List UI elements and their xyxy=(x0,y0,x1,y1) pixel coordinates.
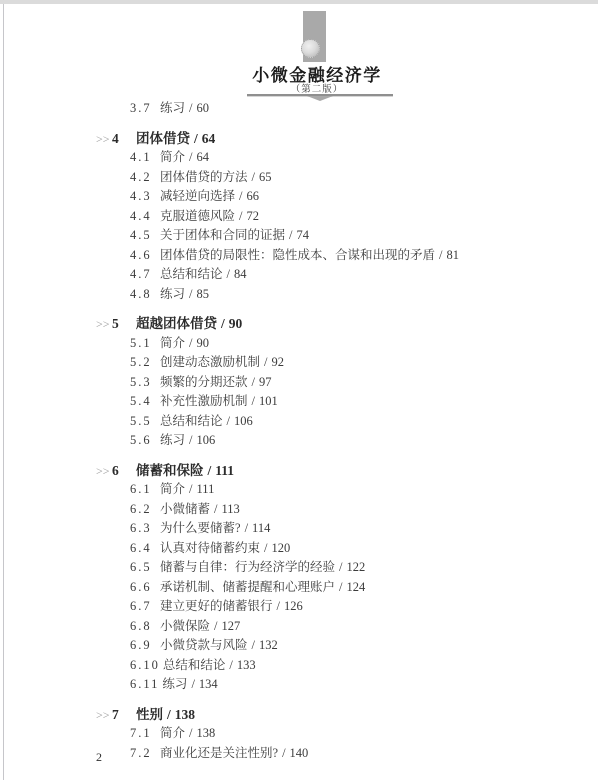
separator: / xyxy=(214,619,217,633)
chapter-page: 90 xyxy=(229,316,243,331)
entry-number: 5.3 xyxy=(130,373,157,393)
entry-title: 简介 xyxy=(160,336,185,350)
toc-chapter-row: >>4团体借贷/64 xyxy=(0,129,598,149)
toc-entry-row: 4.8练习/85 xyxy=(0,285,598,305)
entry-page: 90 xyxy=(197,336,210,350)
entry-page: 64 xyxy=(197,150,210,164)
separator: / xyxy=(289,228,292,242)
entry-number: 7.1 xyxy=(130,724,157,744)
separator: / xyxy=(252,394,255,408)
separator: / xyxy=(277,599,280,613)
toc-entry-row: 5.6练习/106 xyxy=(0,431,598,451)
chapter-page: 64 xyxy=(202,131,216,146)
entry-number: 4.5 xyxy=(130,226,157,246)
toc-entry-row: 5.1简介/90 xyxy=(0,334,598,354)
entry-page: 133 xyxy=(237,658,256,672)
chapter-number: 7 xyxy=(112,705,132,725)
toc-chapter-row: >>5超越团体借贷/90 xyxy=(0,314,598,334)
separator: / xyxy=(189,336,192,350)
entry-title: 关于团体和合同的证据 xyxy=(160,228,285,242)
entry-title: 小微贷款与风险 xyxy=(160,638,248,652)
entry-number: 4.1 xyxy=(130,148,157,168)
entry-page: 132 xyxy=(259,638,278,652)
entry-number: 5.4 xyxy=(130,392,157,412)
entry-number: 6.1 xyxy=(130,480,157,500)
entry-page: 65 xyxy=(259,170,272,184)
entry-page: 72 xyxy=(247,209,260,223)
chapter-title: 储蓄和保险 xyxy=(136,463,204,478)
entry-page: 84 xyxy=(234,267,247,281)
entry-title: 练习 xyxy=(160,101,185,115)
entry-page: 138 xyxy=(197,726,216,740)
toc-entry-row: 6.1简介/111 xyxy=(0,480,598,500)
chapter-marker-icon: >> xyxy=(96,462,112,482)
page-number: 2 xyxy=(96,750,102,765)
separator: / xyxy=(264,355,267,369)
separator: / xyxy=(282,746,285,760)
entry-number: 5.6 xyxy=(130,431,157,451)
separator: / xyxy=(239,209,242,223)
separator: / xyxy=(339,580,342,594)
entry-number: 4.7 xyxy=(130,265,157,285)
separator: / xyxy=(189,726,192,740)
separator: / xyxy=(214,502,217,516)
chapter-number: 4 xyxy=(112,129,132,149)
toc-entry-row: 7.1简介/138 xyxy=(0,724,598,744)
entry-page: 111 xyxy=(197,482,215,496)
entry-number: 4.4 xyxy=(130,207,157,227)
entry-title: 克服道德风险 xyxy=(160,209,235,223)
entry-page: 92 xyxy=(272,355,285,369)
entry-page: 60 xyxy=(197,101,210,115)
toc-entry-row: 6.9小微贷款与风险/132 xyxy=(0,636,598,656)
toc-entry-row: 6.6承诺机制、储蓄提醒和心理账户/124 xyxy=(0,578,598,598)
toc-entry-row: 3.7练习/60 xyxy=(0,99,598,119)
toc-entry-row: 4.4克服道德风险/72 xyxy=(0,207,598,227)
toc-entry-row: 5.4补充性激励机制/101 xyxy=(0,392,598,412)
separator: / xyxy=(339,560,342,574)
entry-title: 总结和结论 xyxy=(163,658,226,672)
entry-title: 为什么要储蓄? xyxy=(160,521,241,535)
toc-chapter-row: >>7性别/138 xyxy=(0,705,598,725)
entry-page: 106 xyxy=(234,414,253,428)
toc-entry-row: 4.1简介/64 xyxy=(0,148,598,168)
chapter-title: 性别 xyxy=(136,707,163,722)
entry-page: 134 xyxy=(199,677,218,691)
separator: / xyxy=(264,541,267,555)
publisher-seal-icon xyxy=(301,39,320,58)
entry-title: 建立更好的储蓄银行 xyxy=(160,599,273,613)
entry-page: 66 xyxy=(247,189,260,203)
entry-title: 总结和结论 xyxy=(160,414,223,428)
entry-title: 小微保险 xyxy=(160,619,210,633)
toc-entry-row: 6.10总结和结论/133 xyxy=(0,656,598,676)
separator: / xyxy=(189,150,192,164)
separator: / xyxy=(239,189,242,203)
entry-number: 5.1 xyxy=(130,334,157,354)
entry-page: 74 xyxy=(297,228,310,242)
entry-number: 6.8 xyxy=(130,617,157,637)
entry-title: 练习 xyxy=(162,677,187,691)
separator: / xyxy=(245,521,248,535)
chapter-number: 6 xyxy=(112,461,132,481)
entry-page: 114 xyxy=(252,521,270,535)
toc-entry-row: 4.2团体借贷的方法/65 xyxy=(0,168,598,188)
toc-entry-row: 6.2小微储蓄/113 xyxy=(0,500,598,520)
entry-number: 5.5 xyxy=(130,412,157,432)
toc-entry-row: 6.7建立更好的储蓄银行/126 xyxy=(0,597,598,617)
entry-title: 练习 xyxy=(160,287,185,301)
separator: / xyxy=(189,287,192,301)
book-page: 小微金融经济学 （第二版） 3.7练习/60>>4团体借贷/644.1简介/64… xyxy=(0,0,598,780)
toc-entry-row: 6.3为什么要储蓄?/114 xyxy=(0,519,598,539)
entry-title: 频繁的分期还款 xyxy=(160,375,248,389)
separator: / xyxy=(221,316,225,331)
chapter-page: 111 xyxy=(215,463,234,478)
entry-page: 81 xyxy=(447,248,460,262)
entry-number: 5.2 xyxy=(130,353,157,373)
entry-title: 减轻逆向选择 xyxy=(160,189,235,203)
entry-number: 6.10 xyxy=(130,656,160,676)
separator: / xyxy=(227,414,230,428)
chapter-title: 超越团体借贷 xyxy=(136,316,217,331)
separator: / xyxy=(194,131,198,146)
separator: / xyxy=(252,638,255,652)
entry-page: 85 xyxy=(197,287,210,301)
entry-title: 承诺机制、储蓄提醒和心理账户 xyxy=(160,580,335,594)
book-edition: （第二版） xyxy=(197,81,437,95)
entry-title: 练习 xyxy=(160,433,185,447)
entry-number: 6.7 xyxy=(130,597,157,617)
toc-entry-row: 6.11练习/134 xyxy=(0,675,598,695)
chapter-marker-icon: >> xyxy=(96,315,112,335)
toc-entry-row: 6.5储蓄与自律：行为经济学的经验/122 xyxy=(0,558,598,578)
entry-number: 4.6 xyxy=(130,246,157,266)
entry-title: 简介 xyxy=(160,150,185,164)
entry-number: 6.9 xyxy=(130,636,157,656)
toc-chapter-row: >>6储蓄和保险/111 xyxy=(0,461,598,481)
table-of-contents: 3.7练习/60>>4团体借贷/644.1简介/644.2团体借贷的方法/654… xyxy=(0,99,598,763)
chapter-page: 138 xyxy=(175,707,195,722)
entry-title: 创建动态激励机制 xyxy=(160,355,260,369)
entry-number: 6.4 xyxy=(130,539,157,559)
entry-number: 4.8 xyxy=(130,285,157,305)
entry-page: 124 xyxy=(347,580,366,594)
toc-entry-row: 6.4认真对待储蓄约束/120 xyxy=(0,539,598,559)
header-bar xyxy=(303,11,326,62)
entry-number: 6.5 xyxy=(130,558,157,578)
entry-page: 127 xyxy=(222,619,241,633)
separator: / xyxy=(189,482,192,496)
chapter-number: 5 xyxy=(112,314,132,334)
entry-title: 总结和结论 xyxy=(160,267,223,281)
entry-page: 97 xyxy=(259,375,272,389)
entry-page: 106 xyxy=(197,433,216,447)
separator: / xyxy=(252,170,255,184)
entry-number: 7.2 xyxy=(130,744,157,764)
toc-entry-row: 4.5关于团体和合同的证据/74 xyxy=(0,226,598,246)
entry-number: 4.2 xyxy=(130,168,157,188)
separator: / xyxy=(191,677,194,691)
entry-number: 3.7 xyxy=(130,99,157,119)
chapter-marker-icon: >> xyxy=(96,706,112,726)
header-rule xyxy=(247,94,393,96)
toc-entry-row: 4.7总结和结论/84 xyxy=(0,265,598,285)
entry-title: 补充性激励机制 xyxy=(160,394,248,408)
entry-title: 认真对待储蓄约束 xyxy=(160,541,260,555)
entry-page: 126 xyxy=(284,599,303,613)
separator: / xyxy=(208,463,212,478)
chapter-title: 团体借贷 xyxy=(136,131,190,146)
separator: / xyxy=(229,658,232,672)
entry-title: 储蓄与自律：行为经济学的经验 xyxy=(160,560,335,574)
entry-page: 120 xyxy=(272,541,291,555)
page-top-edge xyxy=(0,0,598,4)
entry-page: 140 xyxy=(290,746,309,760)
entry-number: 6.11 xyxy=(130,675,159,695)
entry-title: 小微储蓄 xyxy=(160,502,210,516)
toc-entry-row: 5.5总结和结论/106 xyxy=(0,412,598,432)
toc-entry-row: 4.6团体借贷的局限性：隐性成本、合谋和出现的矛盾/81 xyxy=(0,246,598,266)
entry-number: 6.2 xyxy=(130,500,157,520)
toc-entry-row: 5.2创建动态激励机制/92 xyxy=(0,353,598,373)
entry-title: 商业化还是关注性别? xyxy=(160,746,278,760)
entry-title: 简介 xyxy=(160,482,185,496)
separator: / xyxy=(439,248,442,262)
entry-number: 6.6 xyxy=(130,578,157,598)
toc-entry-row: 7.2商业化还是关注性别?/140 xyxy=(0,744,598,764)
separator: / xyxy=(189,101,192,115)
toc-entry-row: 4.3减轻逆向选择/66 xyxy=(0,187,598,207)
chapter-marker-icon: >> xyxy=(96,130,112,150)
separator: / xyxy=(167,707,171,722)
separator: / xyxy=(252,375,255,389)
entry-page: 101 xyxy=(259,394,278,408)
separator: / xyxy=(227,267,230,281)
entry-page: 122 xyxy=(347,560,366,574)
entry-page: 113 xyxy=(222,502,240,516)
entry-number: 4.3 xyxy=(130,187,157,207)
entry-title: 团体借贷的局限性：隐性成本、合谋和出现的矛盾 xyxy=(160,248,435,262)
entry-title: 团体借贷的方法 xyxy=(160,170,248,184)
toc-entry-row: 5.3频繁的分期还款/97 xyxy=(0,373,598,393)
separator: / xyxy=(189,433,192,447)
entry-number: 6.3 xyxy=(130,519,157,539)
toc-entry-row: 6.8小微保险/127 xyxy=(0,617,598,637)
entry-title: 简介 xyxy=(160,726,185,740)
